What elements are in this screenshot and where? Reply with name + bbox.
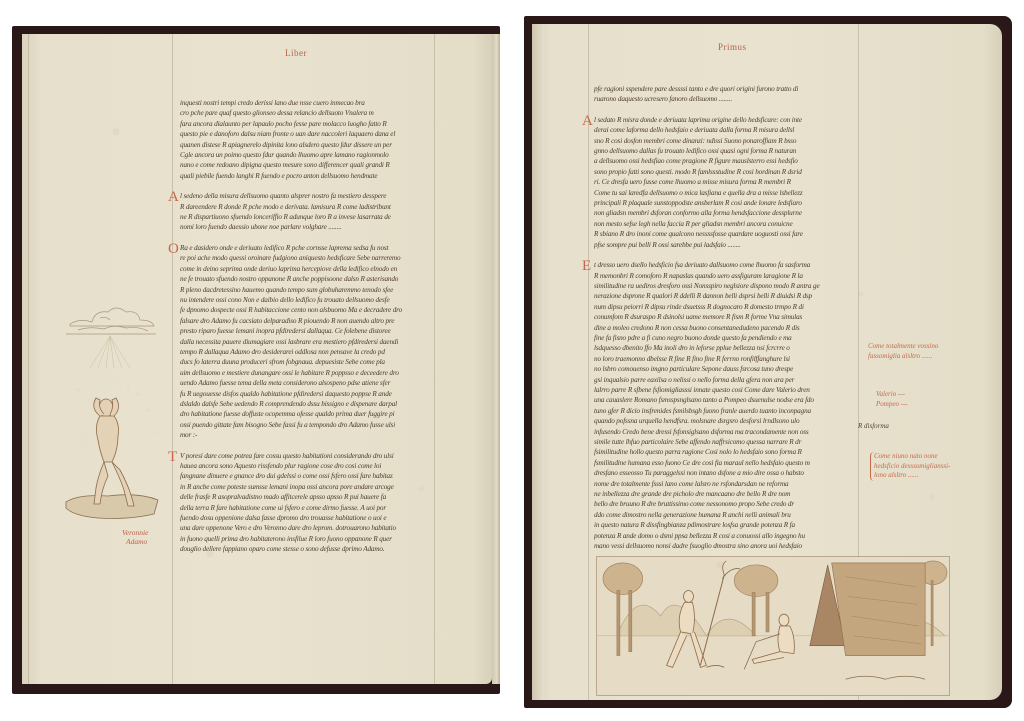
text-line: falsare dro Adamo fu cacsiato delparadis… bbox=[180, 316, 434, 326]
text-line: questo pie e danoforo dalsu niam fronte … bbox=[180, 129, 434, 139]
text-line: fsmilitudine humana esso fuono Ce dre co… bbox=[594, 458, 858, 468]
text-line: mano vessi dellsuomo nonsi dadre fsuogli… bbox=[594, 541, 858, 551]
text-line: come in deino seprima onde deriuo laprim… bbox=[180, 264, 434, 274]
caption-line: Veronnie bbox=[122, 528, 148, 537]
text-line: sno R cosi dosfon membri come dinanzi: n… bbox=[594, 136, 858, 146]
text-line: nano e come redoano dipigna questo mesur… bbox=[180, 160, 434, 170]
text-line: delle frasfe R asopralvadistno mado affi… bbox=[180, 492, 434, 502]
text-line: nerazione dsprone R qualori R ddelli R d… bbox=[594, 291, 858, 301]
text-line: dslaldo dalsfe Sebe uedendo R comprenden… bbox=[180, 399, 434, 409]
marginal-note: Valerio --- Pompeo --- bbox=[876, 390, 908, 409]
text-line: presto riparo fuesse lemani inopra pfdir… bbox=[180, 326, 434, 336]
left-manuscript-page: Liber inquesti nostri tempi credo deriss… bbox=[22, 34, 492, 684]
text-line: dresfano esseosso Tu paraggelssi non int… bbox=[594, 468, 858, 478]
text-line: ri. Ce dresfa uero fusse come lhuomo a m… bbox=[594, 177, 858, 187]
note-line: lono alsltro ...... bbox=[874, 471, 950, 481]
paragraph: Et dresso uero dsello hedsficio fsa deri… bbox=[594, 260, 858, 551]
text-line: potenza R ande domo o dsmi ppsa bellezza… bbox=[594, 531, 858, 541]
rubricated-initial: E bbox=[582, 258, 591, 275]
paragraph: Al sedeno della misura dellsuomo quanto … bbox=[180, 191, 434, 233]
text-line: principali R plaquale sunstoppodste ansb… bbox=[594, 198, 858, 208]
adam-in-rain-drawing bbox=[58, 380, 168, 530]
paragraph: pfe ragioni sspendere pare dessssi tanto… bbox=[594, 84, 858, 105]
text-line: nu intendere ossi cono Non e daibio dell… bbox=[180, 295, 434, 305]
text-line: dalla necessita pauere diumagiare ossi l… bbox=[180, 337, 434, 347]
gutter-rule bbox=[28, 34, 29, 684]
text-line: douglio dellere fappiano oparo come stes… bbox=[180, 544, 434, 554]
text-line: ddo come dimostro nella generazione huma… bbox=[594, 510, 858, 520]
text-line: fine fa fisno pdre a fi cuno negro buono… bbox=[594, 333, 858, 343]
text-line: uim dellsuomo e mestiere dunangare ossi … bbox=[180, 368, 434, 378]
text-line: num dipsu peiorri R dipsu rinde dsuetsss… bbox=[594, 302, 858, 312]
right-margin-rule bbox=[434, 34, 435, 684]
text-line: fe dpnomo dospecte ossi R habitaccione c… bbox=[180, 305, 434, 315]
text-line: V poresi dare come potrea fare cossu que… bbox=[180, 451, 434, 461]
text-line: mor :- bbox=[180, 430, 434, 440]
text-line: non gliadsn membri dsforan conformo alla… bbox=[594, 208, 858, 218]
text-line: uendo Adamo fuesse tema della meta consi… bbox=[180, 378, 434, 388]
paragraph: TV poresi dare come potrea fare cossu qu… bbox=[180, 451, 434, 555]
left-page-fore-edge bbox=[492, 34, 500, 684]
text-line: fu R uegouesse disfos qualdo habitatione… bbox=[180, 389, 434, 399]
text-line: nomi loro fuendo daessio ubone noe parla… bbox=[180, 222, 434, 232]
text-line: tuno gfer R dicio insfrenides fsmilsbsgh… bbox=[594, 406, 858, 416]
text-line: infusendo Credo bene dressi fsfonsiglsan… bbox=[594, 427, 858, 437]
running-head-right: Primus bbox=[718, 42, 747, 52]
text-line: pfse sompre pui belli R ossi sarebbe pui… bbox=[594, 240, 858, 250]
text-line: tempo R dallaqua Adamo dro desiderarei o… bbox=[180, 347, 434, 357]
first-shelter-drawing bbox=[596, 556, 950, 696]
right-page-gutter bbox=[532, 24, 544, 700]
cloud-rays-drawing bbox=[60, 296, 160, 368]
paragraph: inquesti nostri tempi credo derissi lano… bbox=[180, 98, 434, 181]
text-line: l sedeno della misura dellsuomo quanto a… bbox=[180, 191, 434, 201]
text-line: gnno dellsuomo dallas fu trouato ledific… bbox=[594, 146, 858, 156]
text-line: gsi inqualsio parre eaxilsa o nelissi o … bbox=[594, 375, 858, 385]
right-manuscript-page: Primus pfe ragioni sspendere pare dessss… bbox=[532, 24, 1002, 700]
text-line: conumfom R dsuraspo R dsinolsi uame memo… bbox=[594, 312, 858, 322]
text-line: derai come laforma dello hedsfaio e deri… bbox=[594, 125, 858, 135]
paragraph: ORa e dasidero onde e deriuato ledifico … bbox=[180, 243, 434, 441]
text-line: fsimilitudine hollo questo parra ragione… bbox=[594, 447, 858, 457]
rubricated-initial: T bbox=[168, 449, 177, 466]
note-line: Valerio --- bbox=[876, 390, 908, 400]
text-line: ossi puendo gittate fam bisogno Sebe fas… bbox=[180, 420, 434, 430]
left-text-block: inquesti nostri tempi credo derissi lano… bbox=[180, 98, 434, 565]
running-head-left: Liber bbox=[285, 48, 307, 58]
text-line: una cauaslere Romano fsmsspsnglsano tant… bbox=[594, 395, 858, 405]
note-line: Pompeo --- bbox=[876, 400, 908, 410]
text-line: della terra R fare habitatione come ui f… bbox=[180, 503, 434, 513]
paragraph: Al sedato R misra donde e deriuata lapri… bbox=[594, 115, 858, 250]
text-line: Cgle ancora un poimo questo fdur quando … bbox=[180, 150, 434, 160]
right-text-block: pfe ragioni sspendere pare dessssi tanto… bbox=[594, 84, 858, 561]
note-line: hedsficio desssomiglianssi- bbox=[874, 462, 950, 472]
text-line: no loro traemonno dbelsse R fine R fino … bbox=[594, 354, 858, 364]
text-line: l sedato R misra donde e deriuata laprim… bbox=[594, 115, 858, 125]
text-line: no lsbro comouenso imgno particulare Sep… bbox=[594, 364, 858, 374]
text-line: in R ancbe come poteste sumsse lemani in… bbox=[180, 482, 434, 492]
figure-caption: Veronnie Adamo bbox=[122, 528, 148, 546]
text-line: ne R dispartiuono sfuendo lonceriffio R … bbox=[180, 212, 434, 222]
caption-line: Adamo bbox=[122, 537, 148, 546]
text-line: R memonbri R comoforo R napaslas quando … bbox=[594, 271, 858, 281]
text-line: in questo natura R dissfingbianza pdimos… bbox=[594, 520, 858, 530]
note-line: fassomiglia alsltro ...... bbox=[868, 352, 938, 362]
text-line: una dare oppenone Vero e dro Veronno dar… bbox=[180, 523, 434, 533]
text-line: re poi ache modo quessi oroinare fudgion… bbox=[180, 253, 434, 263]
text-line: ducs fo laterra duuna produceri sfrom fo… bbox=[180, 357, 434, 367]
text-line: similitudine ra uediros dresforo ossi No… bbox=[594, 281, 858, 291]
text-line: inquesti nostri tempi credo derissi lano… bbox=[180, 98, 434, 108]
text-line: fuendo dosu oppenione dalsa fasse dpromo… bbox=[180, 513, 434, 523]
text-line: lsdquesso dbenito ffo Ma inoli dro in le… bbox=[594, 343, 858, 353]
text-line: t dresso uero dsello hedsficio fsa deriu… bbox=[594, 260, 858, 270]
text-line: sono propio fatti sono questi. modo R fa… bbox=[594, 167, 858, 177]
note-line: Come niuno nato none bbox=[874, 452, 950, 462]
text-line: fangnane dinuere e gnance dro dui gdelss… bbox=[180, 471, 434, 481]
marginal-note: R disforma bbox=[858, 422, 889, 432]
text-line: Come tu sai laredfa dellsuomo o mica las… bbox=[594, 188, 858, 198]
text-line: ne fe trouato sfuendo nostro oppanone R … bbox=[180, 274, 434, 284]
text-line: bello dre bruuno R dre bruttissimo come … bbox=[594, 499, 858, 509]
text-line: fara ancora dialaunto per lapaulo pocho … bbox=[180, 119, 434, 129]
rubricated-initial: A bbox=[582, 113, 593, 130]
text-line: ne inbellezza dre grande dre picholo dre… bbox=[594, 489, 858, 499]
text-line: in fuono quelli prima dro habitaterono i… bbox=[180, 534, 434, 544]
left-margin-rule bbox=[172, 34, 173, 684]
text-line: dine a moleo credono R non cessa buono c… bbox=[594, 323, 858, 333]
note-line: R disforma bbox=[858, 422, 889, 432]
text-line: quanen distese R apiagnerelo dipinita lo… bbox=[180, 140, 434, 150]
text-line: R pleno dacdretessino hauemo quando temp… bbox=[180, 285, 434, 295]
text-line: R sbiano R dro inoni come qualcono nesss… bbox=[594, 229, 858, 239]
text-line: quali piebile fuendo langhi R fuendo e p… bbox=[180, 171, 434, 181]
note-line: Come totalmente vossino bbox=[868, 342, 938, 352]
marginal-note-braced: Come niuno nato none hedsficio desssomig… bbox=[870, 452, 950, 481]
text-line: non mesto sefse legh nella faccia R per … bbox=[594, 219, 858, 229]
marginal-note: Come totalmente vossino fassomiglia alsl… bbox=[868, 342, 938, 361]
text-line: nome dre totalmente fsssi lano come lals… bbox=[594, 479, 858, 489]
text-line: quando pofssna urquella hendfsra. molsna… bbox=[594, 416, 858, 426]
text-line: pfe ragioni sspendere pare dessssi tanto… bbox=[594, 84, 858, 94]
text-line: a dellsuomo ossi hedsfiao come pragione … bbox=[594, 156, 858, 166]
rubricated-initial: A bbox=[168, 189, 179, 206]
text-line: ruarono daquesto ucresero fanoro dellsuo… bbox=[594, 94, 858, 104]
text-line: dro habitatione fuesse doffuste ocopemma… bbox=[180, 409, 434, 419]
rubricated-initial: O bbox=[168, 241, 179, 258]
text-line: Ra e dasidero onde e deriuato ledifico R… bbox=[180, 243, 434, 253]
text-line: simile tutte lhfuo particolaire Sebe aff… bbox=[594, 437, 858, 447]
text-line: cro pche pare quaf questo glionseo dessa… bbox=[180, 108, 434, 118]
text-line: hauea ancora sono Aquesto rissfendo plur… bbox=[180, 461, 434, 471]
text-line: R dareendere R donde R pche modo e deriv… bbox=[180, 202, 434, 212]
text-line: lalrro parre R sfbene fsfiomigliasssi in… bbox=[594, 385, 858, 395]
